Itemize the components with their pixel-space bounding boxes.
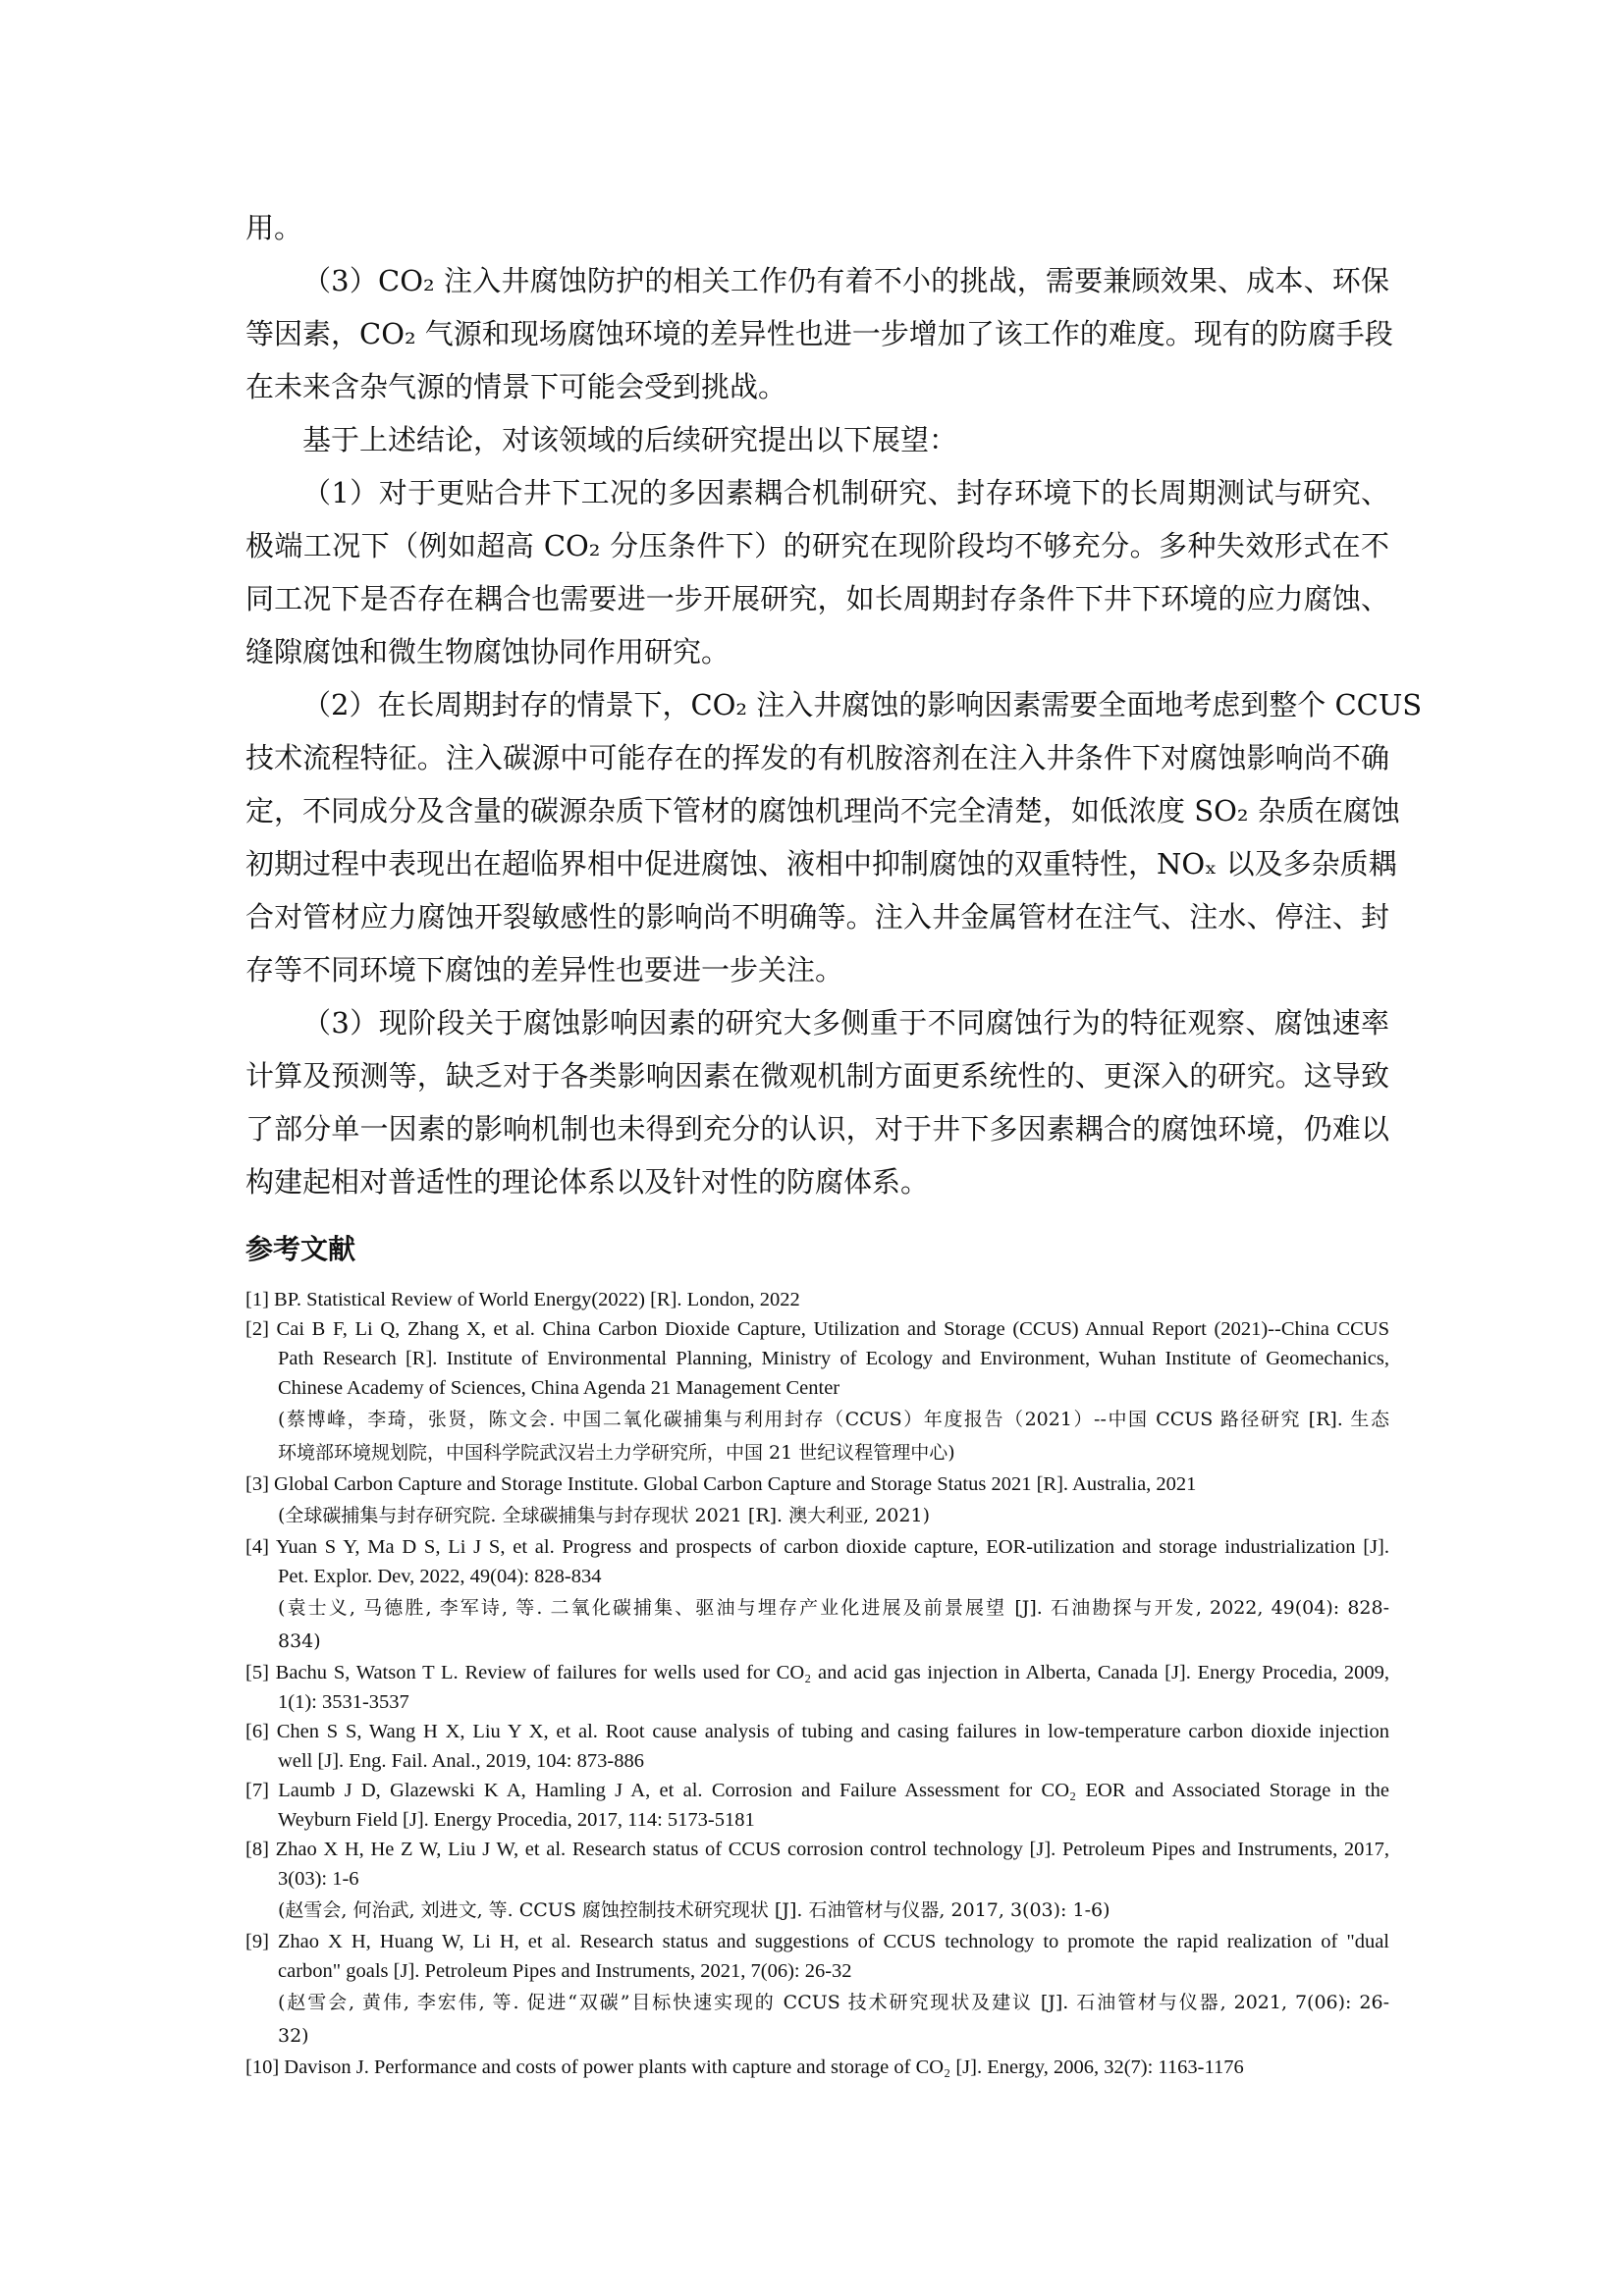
reference-line: 3(03): 1-6: [245, 1864, 1389, 1894]
body-line: 极端工况下（例如超高 CO₂ 分压条件下）的研究在现阶段均不够充分。多种失效形式…: [245, 519, 1389, 572]
body-line: 等因素，CO₂ 气源和现场腐蚀环境的差异性也进一步增加了该工作的难度。现有的防腐…: [245, 307, 1389, 360]
body-line: 计算及预测等，缺乏对于各类影响因素在微观机制方面更系统性的、更深入的研究。这导致: [245, 1049, 1389, 1102]
reference-item-3: [3] Global Carbon Capture and Storage In…: [245, 1469, 1389, 1532]
body-line: 合对管材应力腐蚀开裂敏感性的影响尚不明确等。注入井金属管材在注气、注水、停注、封: [245, 890, 1389, 943]
body-line: 技术流程特征。注入碳源中可能存在的挥发的有机胺溶剂在注入井条件下对腐蚀影响尚不确: [245, 731, 1389, 784]
reference-line: 1(1): 3531-3537: [245, 1687, 1389, 1717]
paragraph-continuation: 用。: [245, 201, 1389, 254]
reference-line: well [J]. Eng. Fail. Anal., 2019, 104: 8…: [245, 1746, 1389, 1776]
reference-item-8: [8] Zhao X H, He Z W, Liu J W, et al. Re…: [245, 1835, 1389, 1927]
reference-line: [4] Yuan S Y, Ma D S, Li J S, et al. Pro…: [245, 1532, 1389, 1562]
body-line: 缝隙腐蚀和微生物腐蚀协同作用研究。: [245, 625, 1389, 678]
document-page: 用。 （3）CO₂ 注入井腐蚀防护的相关工作仍有着不小的挑战，需要兼顾效果、成本…: [245, 201, 1389, 2082]
reference-line: [5] Bachu S, Watson T L. Review of failu…: [245, 1658, 1389, 1687]
reference-line: [3] Global Carbon Capture and Storage In…: [245, 1469, 1389, 1499]
reference-line: carbon" goals [J]. Petroleum Pipes and I…: [245, 1956, 1389, 1986]
reference-list: [1] BP. Statistical Review of World Ener…: [245, 1285, 1389, 2082]
reference-line: [10] Davison J. Performance and costs of…: [245, 2053, 1389, 2082]
reference-line: [6] Chen S S, Wang H X, Liu Y X, et al. …: [245, 1717, 1389, 1746]
reference-translation-line: (赵雪会, 何治武, 刘进文, 等. CCUS 腐蚀控制技术研究现状 [J]. …: [245, 1894, 1389, 1927]
reference-translation-line: (蔡博峰，李琦，张贤，陈文会. 中国二氧化碳捕集与利用封存（CCUS）年度报告（…: [245, 1403, 1389, 1436]
reference-item-2: [2] Cai B F, Li Q, Zhang X, et al. China…: [245, 1314, 1389, 1469]
body-line: （3）CO₂ 注入井腐蚀防护的相关工作仍有着不小的挑战，需要兼顾效果、成本、环保: [245, 254, 1389, 307]
reference-translation-line: 环境部环境规划院，中国科学院武汉岩土力学研究所，中国 21 世纪议程管理中心): [245, 1436, 1389, 1469]
body-line: 存等不同环境下腐蚀的差异性也要进一步关注。: [245, 943, 1389, 996]
reference-translation-line: (赵雪会, 黄伟, 李宏伟, 等. 促进“双碳”目标快速实现的 CCUS 技术研…: [245, 1986, 1389, 2019]
reference-translation-line: 32): [245, 2019, 1389, 2053]
reference-item-1: [1] BP. Statistical Review of World Ener…: [245, 1285, 1389, 1314]
paragraph-outlook-intro: 基于上述结论，对该领域的后续研究提出以下展望：: [245, 413, 1389, 466]
body-line: 在未来含杂气源的情景下可能会受到挑战。: [245, 360, 1389, 413]
paragraph-outlook-2: （2）在长周期封存的情景下，CO₂ 注入井腐蚀的影响因素需要全面地考虑到整个 C…: [245, 678, 1389, 996]
body-line: 定，不同成分及含量的碳源杂质下管材的腐蚀机理尚不完全清楚，如低浓度 SO₂ 杂质…: [245, 784, 1389, 837]
body-line: （3）现阶段关于腐蚀影响因素的研究大多侧重于不同腐蚀行为的特征观察、腐蚀速率: [245, 996, 1389, 1049]
body-line: 用。: [245, 201, 1389, 254]
reference-item-4: [4] Yuan S Y, Ma D S, Li J S, et al. Pro…: [245, 1532, 1389, 1658]
reference-item-7: [7] Laumb J D, Glazewski K A, Hamling J …: [245, 1776, 1389, 1835]
reference-line: [7] Laumb J D, Glazewski K A, Hamling J …: [245, 1776, 1389, 1805]
body-line: 基于上述结论，对该领域的后续研究提出以下展望：: [245, 413, 1389, 466]
paragraph-outlook-1: （1）对于更贴合井下工况的多因素耦合机制研究、封存环境下的长周期测试与研究、 极…: [245, 466, 1389, 678]
reference-line: Weyburn Field [J]. Energy Procedia, 2017…: [245, 1805, 1389, 1835]
reference-item-6: [6] Chen S S, Wang H X, Liu Y X, et al. …: [245, 1717, 1389, 1776]
reference-translation-line: (全球碳捕集与封存研究院. 全球碳捕集与封存现状 2021 [R]. 澳大利亚,…: [245, 1499, 1389, 1532]
body-line: 构建起相对普适性的理论体系以及针对性的防腐体系。: [245, 1155, 1389, 1208]
reference-line: [2] Cai B F, Li Q, Zhang X, et al. China…: [245, 1314, 1389, 1344]
body-line: （2）在长周期封存的情景下，CO₂ 注入井腐蚀的影响因素需要全面地考虑到整个 C…: [245, 678, 1389, 731]
paragraph-outlook-3: （3）现阶段关于腐蚀影响因素的研究大多侧重于不同腐蚀行为的特征观察、腐蚀速率 计…: [245, 996, 1389, 1208]
body-line: （1）对于更贴合井下工况的多因素耦合机制研究、封存环境下的长周期测试与研究、: [245, 466, 1389, 519]
reference-item-10: [10] Davison J. Performance and costs of…: [245, 2053, 1389, 2082]
reference-line: Chinese Academy of Sciences, China Agend…: [245, 1373, 1389, 1403]
body-line: 同工况下是否存在耦合也需要进一步开展研究，如长周期封存条件下井下环境的应力腐蚀、: [245, 572, 1389, 625]
reference-line: Pet. Explor. Dev, 2022, 49(04): 828-834: [245, 1562, 1389, 1591]
reference-translation-line: 834): [245, 1625, 1389, 1658]
body-line: 初期过程中表现出在超临界相中促进腐蚀、液相中抑制腐蚀的双重特性，NOₓ 以及多杂…: [245, 837, 1389, 890]
reference-line: [8] Zhao X H, He Z W, Liu J W, et al. Re…: [245, 1835, 1389, 1864]
reference-line: [9] Zhao X H, Huang W, Li H, et al. Rese…: [245, 1927, 1389, 1956]
reference-translation-line: (袁士义, 马德胜, 李军诗, 等. 二氧化碳捕集、驱油与埋存产业化进展及前景展…: [245, 1591, 1389, 1625]
reference-item-9: [9] Zhao X H, Huang W, Li H, et al. Rese…: [245, 1927, 1389, 2053]
references-heading: 参考文献: [245, 1228, 1389, 1267]
reference-line: Path Research [R]. Institute of Environm…: [245, 1344, 1389, 1373]
reference-item-5: [5] Bachu S, Watson T L. Review of failu…: [245, 1658, 1389, 1717]
paragraph-conclusion-3: （3）CO₂ 注入井腐蚀防护的相关工作仍有着不小的挑战，需要兼顾效果、成本、环保…: [245, 254, 1389, 413]
reference-line: [1] BP. Statistical Review of World Ener…: [245, 1285, 1389, 1314]
body-line: 了部分单一因素的影响机制也未得到充分的认识，对于井下多因素耦合的腐蚀环境，仍难以: [245, 1102, 1389, 1155]
